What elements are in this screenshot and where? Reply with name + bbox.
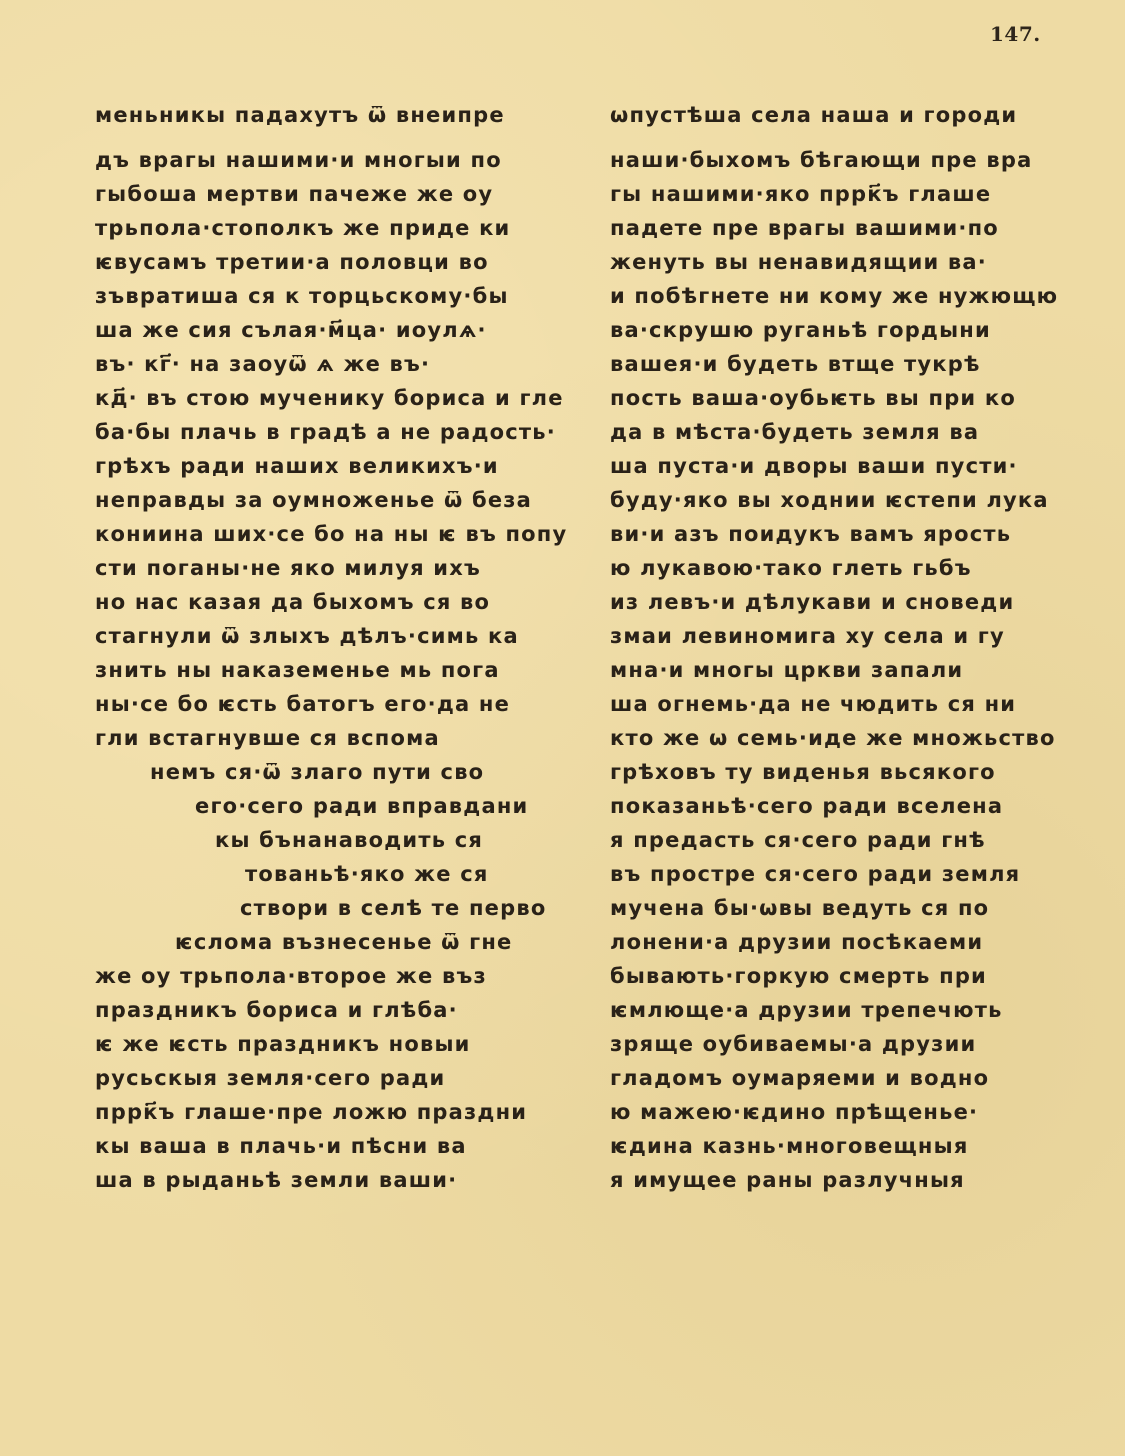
manuscript-line: кониина ших·се бо на ны ѥ въ попу [95, 519, 567, 549]
manuscript-line: створи в селѣ те перво [240, 893, 546, 923]
manuscript-line: его·сего ради вправдани [195, 791, 528, 821]
manuscript-line: гы нашими·яко пррк҃ъ глаше [610, 179, 991, 209]
manuscript-line: знить ны наказеменье мь погa [95, 655, 500, 685]
manuscript-line: ны·се бо ѥсть батогъ его·да не [95, 689, 510, 719]
manuscript-line: ѥсломa възнесенье ѿ гне [175, 927, 512, 957]
manuscript-line: зряще оубиваемы·а друзии [610, 1029, 976, 1059]
manuscript-line: показаньѣ·сего ради вселенa [610, 791, 1003, 821]
manuscript-line: лонени·а друзии посѣкаеми [610, 927, 983, 957]
manuscript-line: ша пуста·и дворы ваши пусти· [610, 451, 1018, 481]
manuscript-line: дъ врагы нашими·и многыи по [95, 145, 502, 175]
manuscript-line: русьскыя земля·сего ради [95, 1063, 445, 1093]
manuscript-line: ѥдина казнь·многовещныя [610, 1131, 969, 1161]
manuscript-line: ва·скрушю руганьѣ гордыни [610, 315, 991, 345]
manuscript-line: ѥ же ѥсть праздникъ новыи [95, 1029, 471, 1059]
manuscript-line: буду·яко вы ходнии ѥстепи лука [610, 485, 1049, 515]
manuscript-line: ѥмлюще·а друзии трепечють [610, 995, 1003, 1025]
manuscript-line: вашея·и будеть втще тукрѣ [610, 349, 981, 379]
manuscript-line: ѥвусамъ третии·а половци во [95, 247, 489, 277]
folio-number: 147. [990, 22, 1041, 46]
manuscript-line: пррк҃ъ глаше·пре ложю праздни [95, 1097, 527, 1127]
manuscript-line: мна·и многы цркви запали [610, 655, 963, 685]
manuscript-line: кто же ѡ семь·иде же множьство [610, 723, 1056, 753]
manuscript-line: и побѣгнете ни кому же нужющю [610, 281, 1058, 311]
manuscript-page: 147. меньникы падахутъ ѿ внеипредъ врагы… [0, 0, 1125, 1456]
manuscript-line: стагнули ѿ злыхъ дѣлъ·симь ка [95, 621, 519, 651]
manuscript-line: ю лукавою·тако глеть гьбъ [610, 553, 972, 583]
manuscript-line: но нас казая да быхомъ ся во [95, 587, 490, 617]
manuscript-line: падете пре врагы вашими·по [610, 213, 999, 243]
manuscript-line: гли встагнувше ся вспома [95, 723, 440, 753]
manuscript-line: же оу трьпола·второе же въз [95, 961, 487, 991]
manuscript-line: ѡпустѣша села наша и городи [610, 100, 1017, 130]
manuscript-line: гыбоша мертви пачеже же оу [95, 179, 493, 209]
manuscript-line: тованьѣ·яко же ся [245, 859, 489, 889]
manuscript-line: неправды за оумноженье ѿ беза [95, 485, 532, 515]
manuscript-line: въ простре ся·сего ради земля [610, 859, 1020, 889]
manuscript-line: въ· кг҃· на заоуѿ ѧ же въ· [95, 349, 430, 379]
manuscript-line: гладомъ оумаряеми и водно [610, 1063, 989, 1093]
manuscript-line: да в мѣста·будеть земля ва [610, 417, 979, 447]
manuscript-line: ша в рыданьѣ земли ваши· [95, 1165, 457, 1195]
manuscript-line: пость ваша·оубьѥть вы при ко [610, 383, 1016, 413]
manuscript-line: ша огнемь·да не чюдить ся ни [610, 689, 1016, 719]
manuscript-line: бывають·горкую смерть при [610, 961, 987, 991]
manuscript-line: ба·бы плачь в градѣ а не радость· [95, 417, 556, 447]
manuscript-line: я имущее раны разлучныя [610, 1165, 965, 1195]
manuscript-line: кы бънанавoдить ся [215, 825, 483, 855]
manuscript-line: меньникы падахутъ ѿ внеипре [95, 100, 505, 130]
manuscript-line: мучена бы·ѡвы ведуть ся по [610, 893, 989, 923]
manuscript-line: наши·быхомъ бѣгающи пре вра [610, 145, 1032, 175]
manuscript-line: из левъ·и дѣлукави и сноведи [610, 587, 1014, 617]
manuscript-line: ю мажею·ѥдино прѣщенье· [610, 1097, 978, 1127]
manuscript-line: кд҃· въ стою мученику бориса и гле [95, 383, 564, 413]
manuscript-line: грѣховъ ту виденья вьсякого [610, 757, 996, 787]
manuscript-line: праздникъ бориса и глѣба· [95, 995, 458, 1025]
manuscript-line: ви·и азъ поидукъ вамъ ярость [610, 519, 1011, 549]
manuscript-line: грѣхъ ради наших великихъ·и [95, 451, 499, 481]
manuscript-line: трьпола·стополкъ же приде ки [95, 213, 510, 243]
manuscript-line: кы ваша в плачь·и пѣсни ва [95, 1131, 467, 1161]
manuscript-line: сти поганы·не яко милуя ихъ [95, 553, 481, 583]
manuscript-line: женуть вы ненавидящии ва· [610, 247, 987, 277]
manuscript-line: ша же сия сълая·м҃ца· иоулѧ· [95, 315, 487, 345]
manuscript-line: змаи левиномига ху села и гу [610, 621, 1005, 651]
manuscript-line: немъ ся·ѿ злаго пути сво [150, 757, 484, 787]
manuscript-line: я предасть ся·сего ради гнѣ [610, 825, 986, 855]
manuscript-line: зъвратиша ся к торцьскому·бы [95, 281, 509, 311]
